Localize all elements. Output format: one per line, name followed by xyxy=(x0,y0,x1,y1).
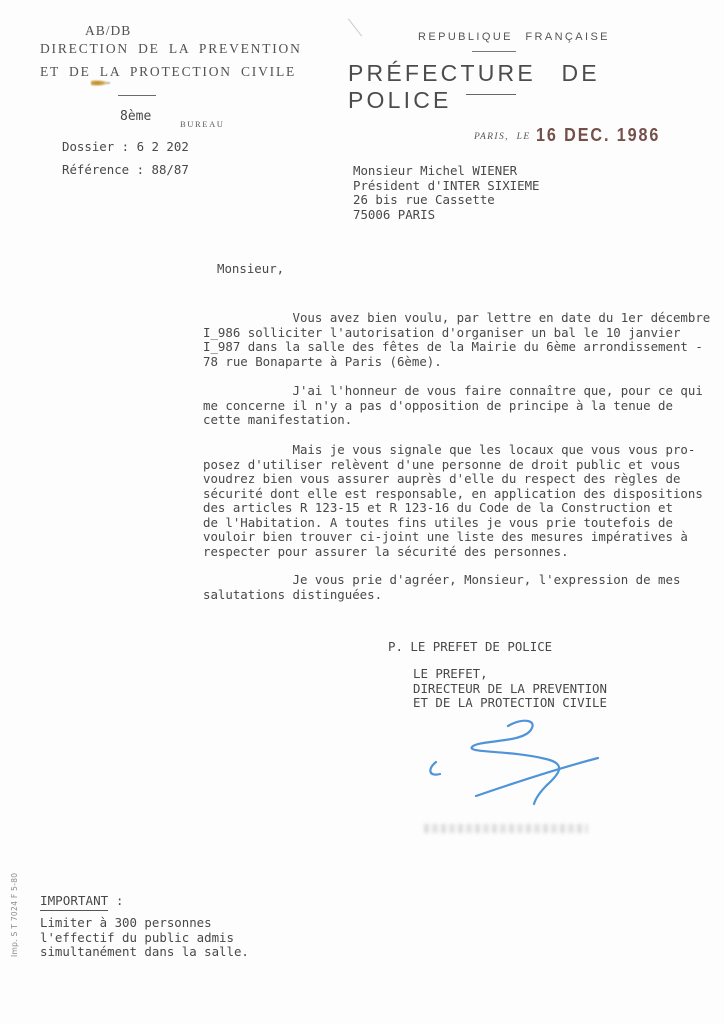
body-paragraph-3: Mais je vous signale que les locaux que … xyxy=(203,443,703,559)
recipient-address: Monsieur Michel WIENER Président d'INTER… xyxy=(353,164,540,222)
scan-speck xyxy=(106,82,110,84)
signature-ink xyxy=(408,716,628,826)
important-heading: IMPORTANT : xyxy=(40,893,123,908)
direction-title-line2: ET DE LA PROTECTION CIVILE xyxy=(40,64,296,80)
republic-underline xyxy=(472,51,516,52)
scan-artifact-diagonal xyxy=(348,19,362,37)
signature-title: P. LE PREFET DE POLICE xyxy=(388,639,552,654)
signatory-function-block: LE PREFET, DIRECTEUR DE LA PREVENTION ET… xyxy=(413,667,607,711)
important-heading-colon: : xyxy=(108,893,123,908)
left-divider-rule xyxy=(118,95,156,96)
bureau-label: BUREAU xyxy=(180,119,225,129)
body-paragraph-2: J'ai l'honneur de vous faire connaître q… xyxy=(203,384,703,428)
direction-title-line1: DIRECTION DE LA PREVENTION xyxy=(40,41,302,57)
letter-page: AB/DB DIRECTION DE LA PREVENTION ET DE L… xyxy=(0,0,724,1024)
bureau-number: 8ème xyxy=(120,109,151,124)
printer-imprint-code: Imp. S T 7024 F 5-80 xyxy=(10,873,19,957)
republic-title: REPUBLIQUE FRANÇAISE xyxy=(418,31,610,43)
place-date-label: PARIS, LE xyxy=(474,132,531,142)
body-paragraph-1: Vous avez bien voulu, par lettre en date… xyxy=(203,311,710,369)
important-heading-word: IMPORTANT xyxy=(40,893,108,911)
date-stamp: 16 DEC. 1986 xyxy=(536,125,660,147)
prefecture-underline xyxy=(466,94,516,95)
important-note: Limiter à 300 personnes l'effectif du pu… xyxy=(40,916,249,960)
dossier-number: Dossier : 6 2 202 xyxy=(62,139,189,154)
reference-number: Référence : 88/87 xyxy=(62,162,189,177)
faint-signatory-name xyxy=(424,824,588,833)
body-paragraph-4: Je vous prie d'agréer, Monsieur, l'expre… xyxy=(203,573,680,602)
prefecture-title: PRÉFECTURE DE POLICE xyxy=(348,60,724,114)
salutation: Monsieur, xyxy=(217,261,284,276)
sender-code: AB/DB xyxy=(85,23,131,39)
